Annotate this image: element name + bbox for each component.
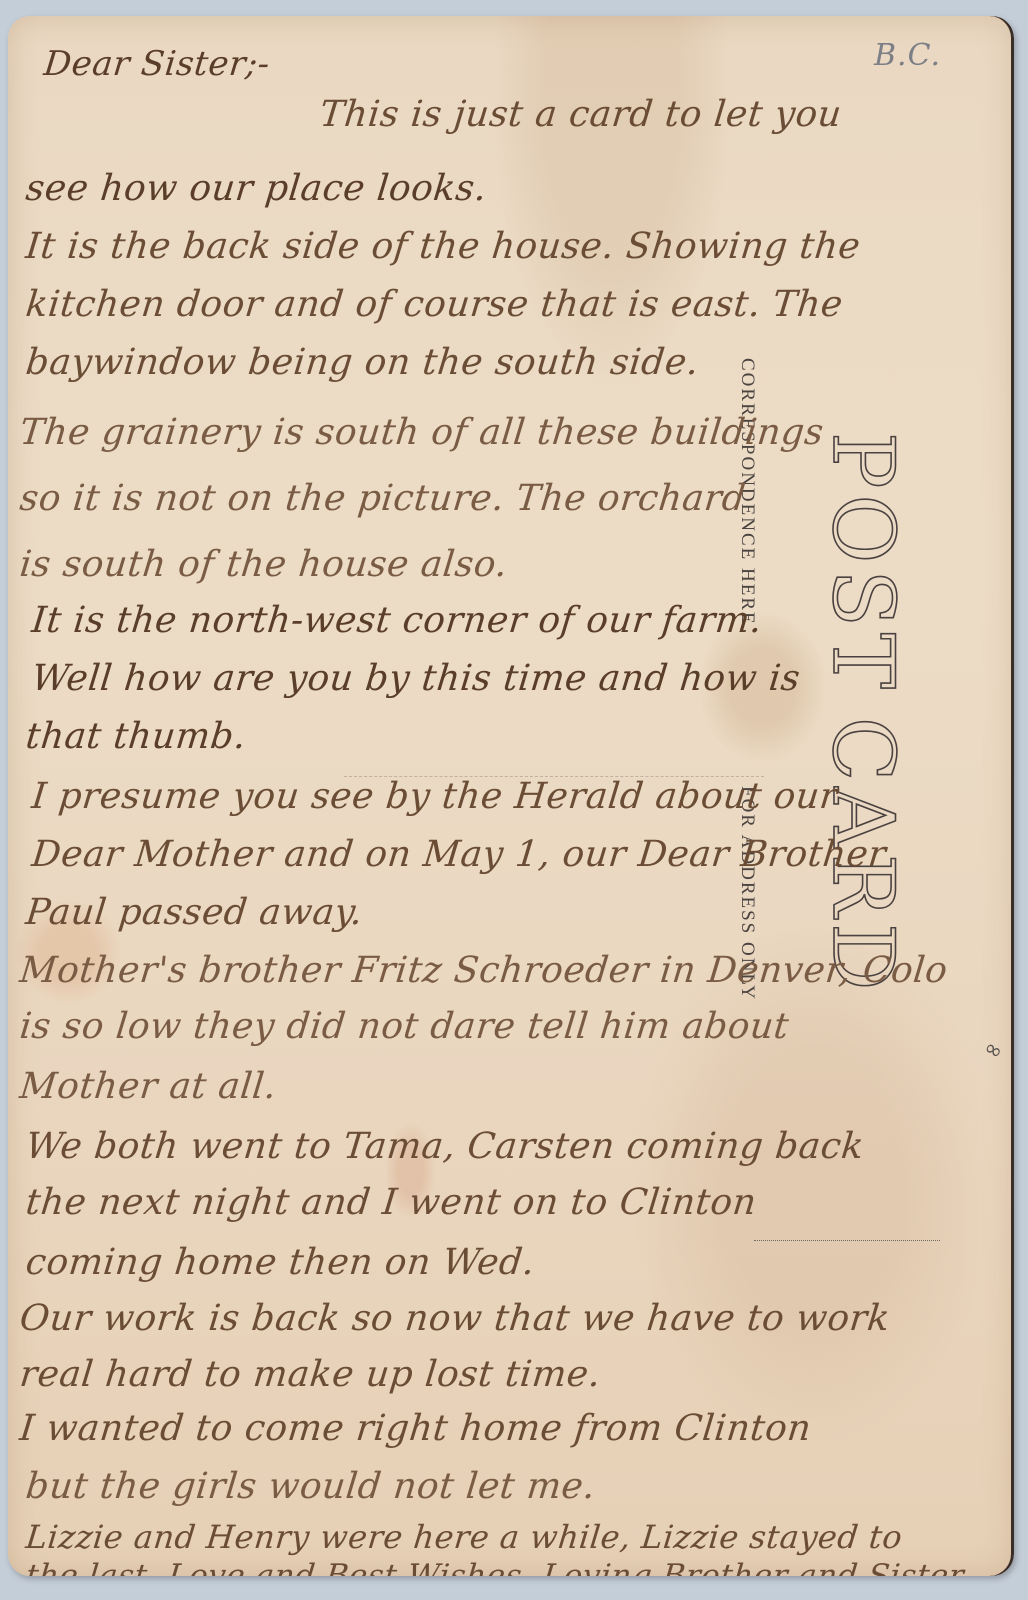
handwritten-letter: Dear Sister;- This is just a card to let… — [8, 16, 1014, 1576]
letter-line: I wanted to come right home from Clinton — [18, 1408, 813, 1449]
letter-line: This is just a card to let you — [318, 94, 844, 135]
letter-line: Dear Mother and on May 1, our Dear Broth… — [30, 834, 888, 875]
letter-line: so it is not on the picture. The orchard — [18, 478, 748, 519]
letter-line: The grainery is south of all these build… — [18, 412, 826, 453]
letter-line: but the girls would not let me. — [24, 1466, 598, 1507]
letter-line: baywindow being on the south side. — [24, 342, 701, 383]
letter-line: kitchen door and of course that is east.… — [24, 284, 845, 325]
letter-line: the next night and I went on to Clinton — [24, 1182, 759, 1223]
letter-salutation: Dear Sister;- — [42, 44, 272, 84]
letter-line: We both went to Tama, Carsten coming bac… — [24, 1126, 866, 1167]
letter-closing: the last. Love and Best Wishes. Loving B… — [24, 1558, 966, 1576]
letter-line: Our work is back so now that we have to … — [18, 1298, 892, 1339]
letter-line: Mother at all. — [18, 1066, 279, 1107]
letter-line: Lizzie and Henry were here a while, Lizz… — [24, 1518, 904, 1556]
letter-line: It is the back side of the house. Showin… — [24, 226, 863, 267]
letter-line: is so low they did not dare tell him abo… — [18, 1006, 791, 1047]
letter-line: Well how are you by this time and how is — [30, 658, 802, 699]
letter-line: that thumb. — [24, 716, 248, 757]
letter-line: coming home then on Wed. — [24, 1242, 537, 1283]
letter-line: I presume you see by the Herald about ou… — [30, 776, 840, 817]
letter-line: Mother's brother Fritz Schroeder in Denv… — [18, 950, 950, 991]
letter-line: Paul passed away. — [24, 892, 365, 933]
letter-line: is south of the house also. — [18, 544, 510, 585]
letter-line: real hard to make up lost time. — [18, 1354, 603, 1395]
letter-line: It is the north-west corner of our farm. — [30, 600, 764, 641]
letter-line: see how our place looks. — [24, 168, 489, 209]
postcard-back: B.C. CORRESPONDENCE HERE FOR ADDRESS ONL… — [8, 16, 1014, 1576]
